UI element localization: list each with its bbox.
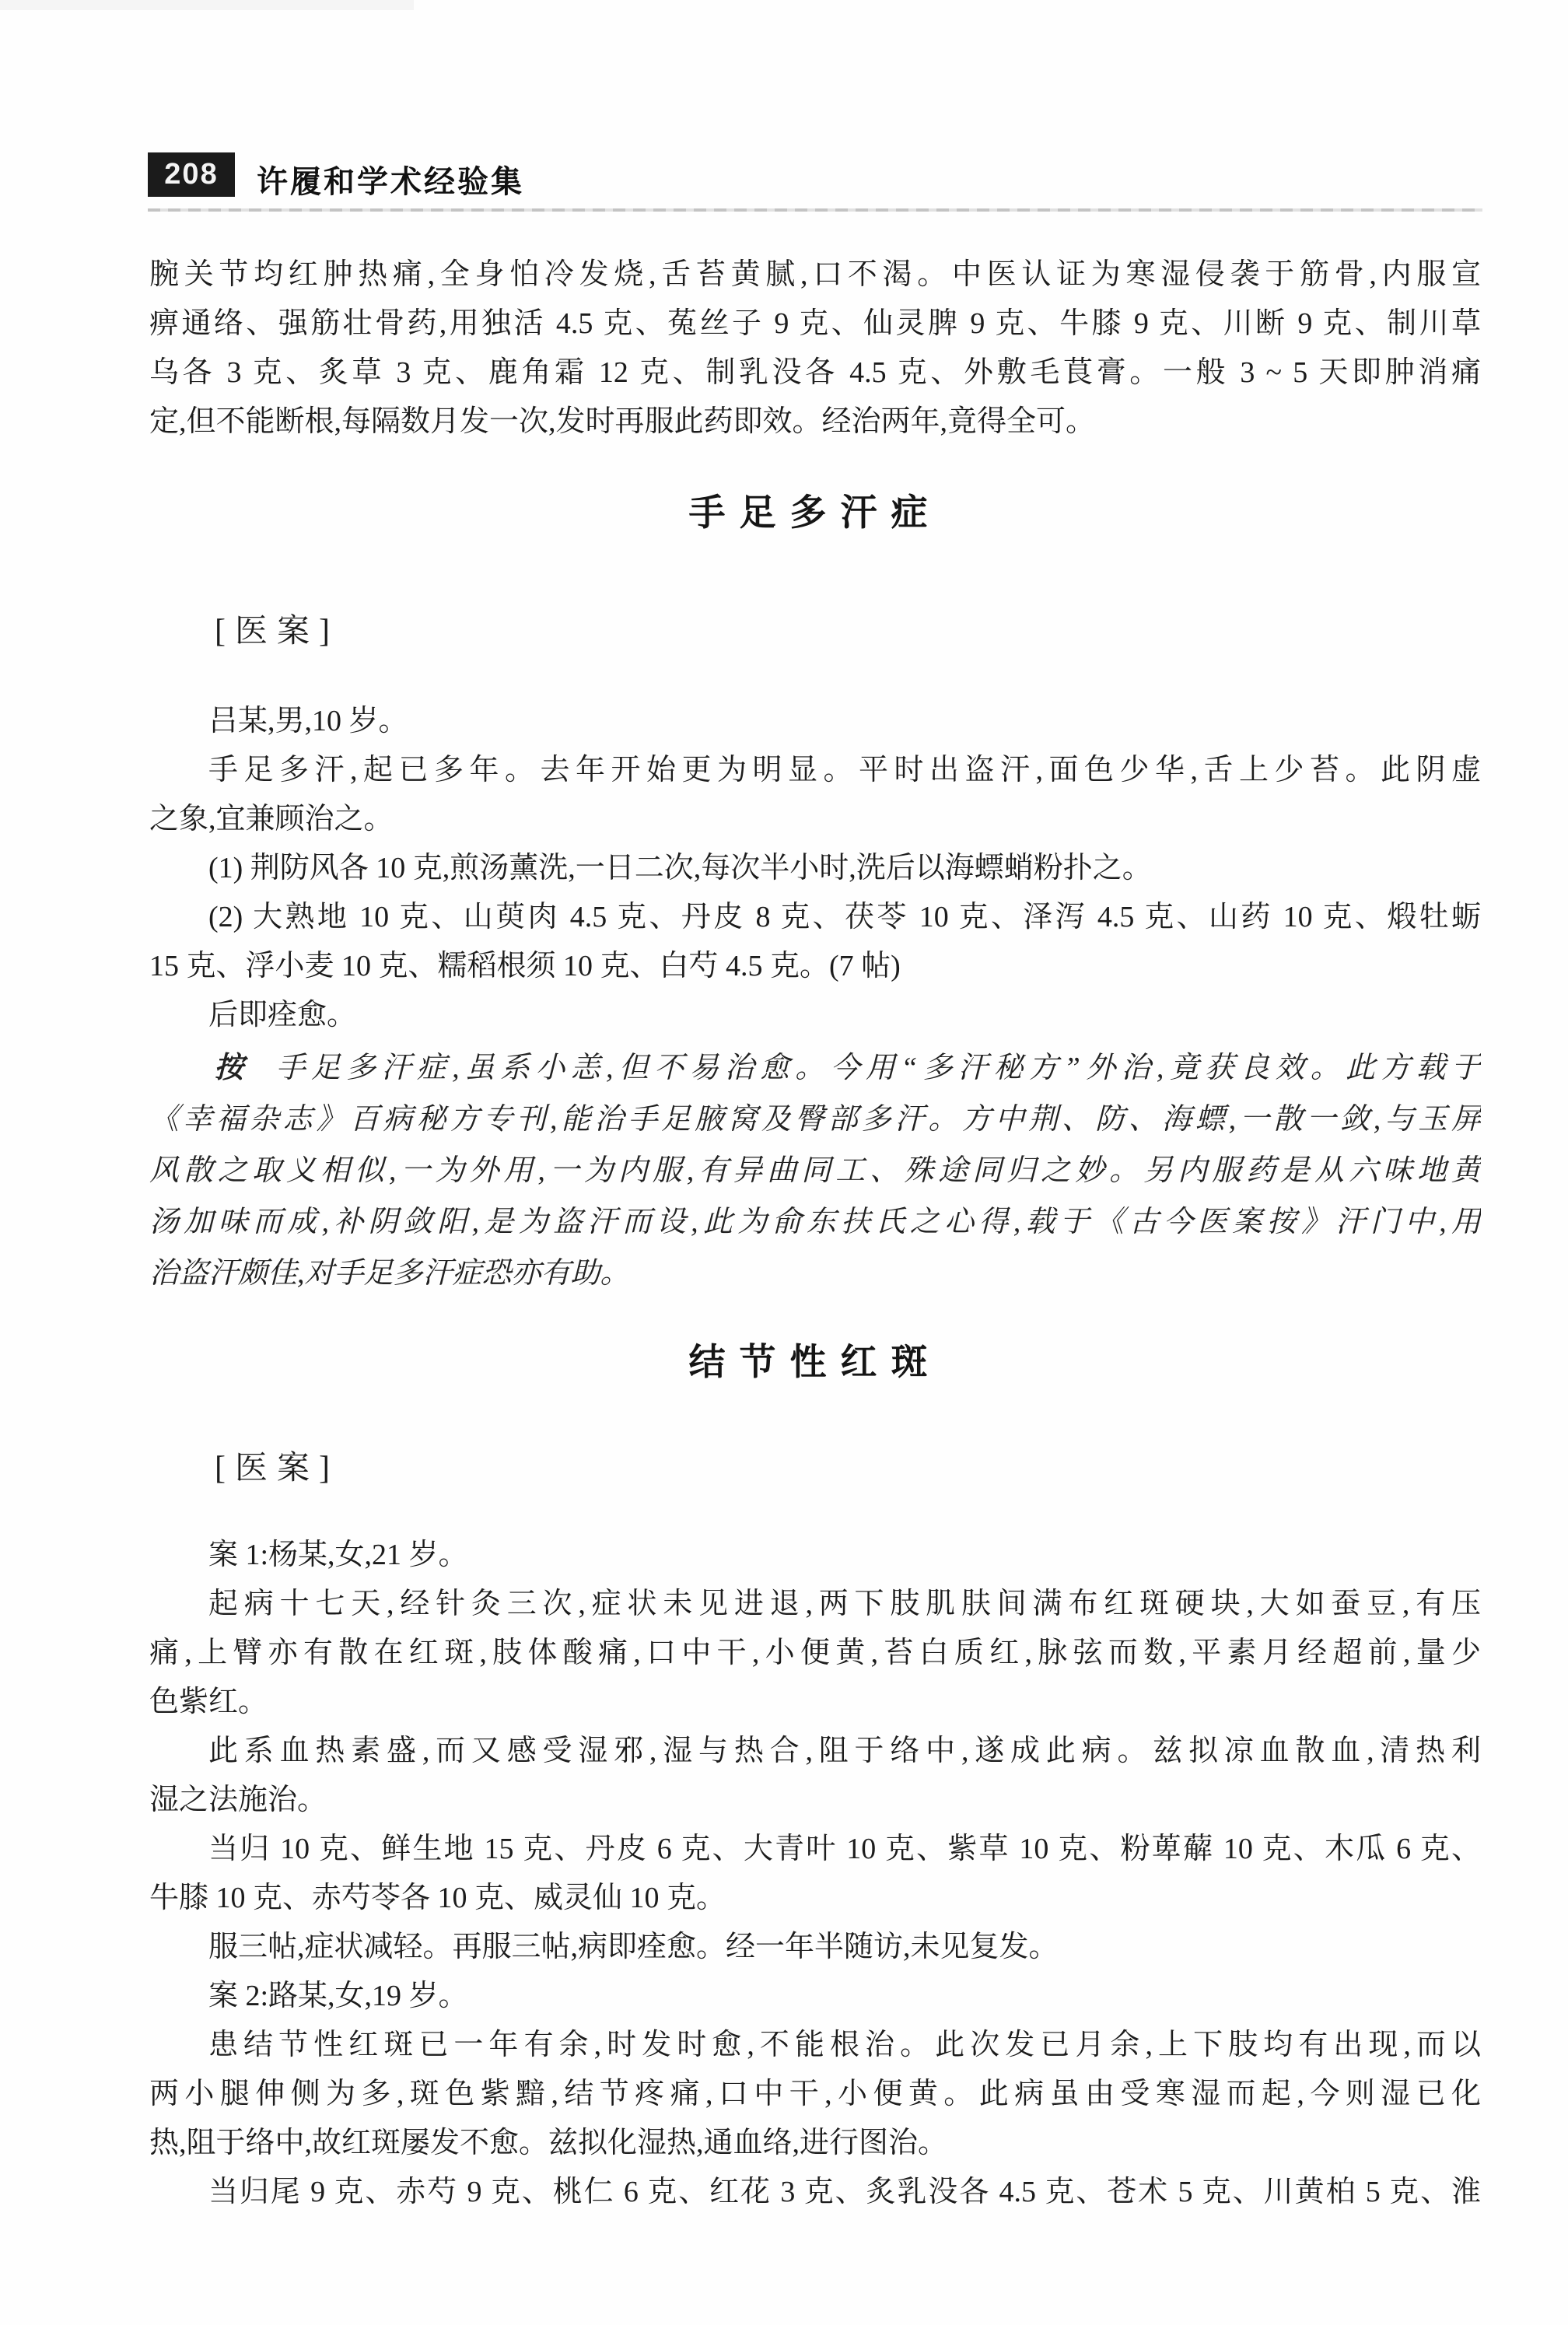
text-line: 吕某,男,10 岁。	[149, 697, 1481, 746]
text-line: 腕关节均红肿热痛,全身怕冷发烧,舌苔黄腻,口不渴。中医认证为寒湿侵袭于筋骨,内服…	[149, 250, 1481, 299]
text-line: 风散之取义相似,一为外用,一为内服,有异曲同工、殊途同归之妙。另内服药是从六味地…	[149, 1145, 1481, 1196]
header-rule	[148, 208, 1482, 212]
text-line: 之象,宜兼顾治之。	[149, 795, 1481, 844]
page-header: 208 许履和学术经验集	[148, 152, 1481, 198]
text-line: 服三帖,症状减轻。再服三帖,病即痊愈。经一年半随访,未见复发。	[149, 1923, 1481, 1972]
text-line: 痛,上臂亦有散在红斑,肢体酸痛,口中干,小便黄,苔白质红,脉弦而数,平素月经超前…	[149, 1629, 1481, 1678]
note-label: 按	[208, 1052, 250, 1084]
text-line: 后即痊愈。	[149, 991, 1481, 1040]
text-line: 定,但不能断根,每隔数月发一次,发时再服此药即效。经治两年,竟得全可。	[149, 397, 1481, 446]
case-record-label: [医案]	[215, 605, 339, 652]
text-line: 《幸福杂志》百病秘方专刊,能治手足腋窝及臀部多汗。方中荆、防、海螵,一散一敛,与…	[149, 1094, 1481, 1145]
text-line: 患结节性红斑已一年有余,时发时愈,不能根治。此次发已月余,上下肢均有出现,而以	[149, 2021, 1481, 2070]
text-line: 汤加味而成,补阴敛阳,是为盗汗而设,此为俞东扶氏之心得,载于《古今医案按》汗门中…	[149, 1196, 1481, 1248]
case-record-2: 案 1:杨某,女,21 岁。 起病十七天,经针灸三次,症状未见进退,两下肢肌肤间…	[149, 1531, 1481, 2217]
text-line: 湿之法施治。	[149, 1776, 1481, 1825]
text-line: 按手足多汗症,虽系小恙,但不易治愈。今用“多汗秘方”外治,竟获良效。此方载于	[149, 1042, 1481, 1094]
page-number: 208	[164, 158, 218, 191]
text-line: 起病十七天,经针灸三次,症状未见进退,两下肢肌肤间满布红斑硬块,大如蚕豆,有压	[149, 1580, 1481, 1629]
text-line: 此系血热素盛,而又感受湿邪,湿与热合,阻于络中,遂成此病。兹拟凉血散血,清热利	[149, 1727, 1481, 1776]
section-title-erythema-nodosum: 结节性红斑	[149, 1333, 1481, 1385]
text-line: 案 1:杨某,女,21 岁。	[149, 1531, 1481, 1580]
text-line: (1) 荆防风各 10 克,煎汤薰洗,一日二次,每次半小时,洗后以海螵蛸粉扑之。	[149, 844, 1481, 893]
text-line: 两小腿伸侧为多,斑色紫黯,结节疼痛,口中干,小便黄。此病虽由受寒湿而起,今则湿已…	[149, 2070, 1481, 2119]
text-line: 当归尾 9 克、赤芍 9 克、桃仁 6 克、红花 3 克、炙乳没各 4.5 克、…	[149, 2168, 1481, 2217]
scan-artifact-band	[0, 0, 414, 10]
book-page: 208 许履和学术经验集 腕关节均红肿热痛,全身怕冷发烧,舌苔黄腻,口不渴。中医…	[0, 0, 1568, 2325]
text-line: 色紫红。	[149, 1678, 1481, 1727]
text-line: 案 2:路某,女,19 岁。	[149, 1972, 1481, 2021]
text-line: 当归 10 克、鲜生地 15 克、丹皮 6 克、大青叶 10 克、紫草 10 克…	[149, 1825, 1481, 1874]
intro-paragraph: 腕关节均红肿热痛,全身怕冷发烧,舌苔黄腻,口不渴。中医认证为寒湿侵袭于筋骨,内服…	[149, 250, 1481, 446]
commentary-paragraph: 按手足多汗症,虽系小恙,但不易治愈。今用“多汗秘方”外治,竟获良效。此方载于 《…	[149, 1042, 1481, 1299]
text-line: (2) 大熟地 10 克、山萸肉 4.5 克、丹皮 8 克、茯苓 10 克、泽泻…	[149, 893, 1481, 942]
text-line: 手足多汗,起已多年。去年开始更为明显。平时出盗汗,面色少华,舌上少苔。此阴虚	[149, 746, 1481, 795]
case-record-1: 吕某,男,10 岁。 手足多汗,起已多年。去年开始更为明显。平时出盗汗,面色少华…	[149, 697, 1481, 1040]
book-title: 许履和学术经验集	[257, 157, 524, 201]
section-title-hand-foot-hyperhidrosis: 手足多汗症	[149, 484, 1481, 536]
text-line: 手足多汗症,虽系小恙,但不易治愈。今用“多汗秘方”外治,竟获良效。此方载于	[276, 1052, 1481, 1084]
text-line: 痹通络、强筋壮骨药,用独活 4.5 克、菟丝子 9 克、仙灵脾 9 克、牛膝 9…	[149, 299, 1481, 348]
text-line: 乌各 3 克、炙草 3 克、鹿角霜 12 克、制乳没各 4.5 克、外敷毛茛膏。…	[149, 348, 1481, 397]
text-line: 15 克、浮小麦 10 克、糯稻根须 10 克、白芍 4.5 克。(7 帖)	[149, 942, 1481, 991]
page-number-badge: 208	[148, 152, 235, 197]
text-line: 治盗汗颇佳,对手足多汗症恐亦有助。	[149, 1248, 1481, 1299]
text-line: 牛膝 10 克、赤芍苓各 10 克、威灵仙 10 克。	[149, 1874, 1481, 1923]
text-line: 热,阻于络中,故红斑屡发不愈。兹拟化湿热,通血络,进行图治。	[149, 2119, 1481, 2168]
case-record-label: [医案]	[215, 1442, 339, 1489]
